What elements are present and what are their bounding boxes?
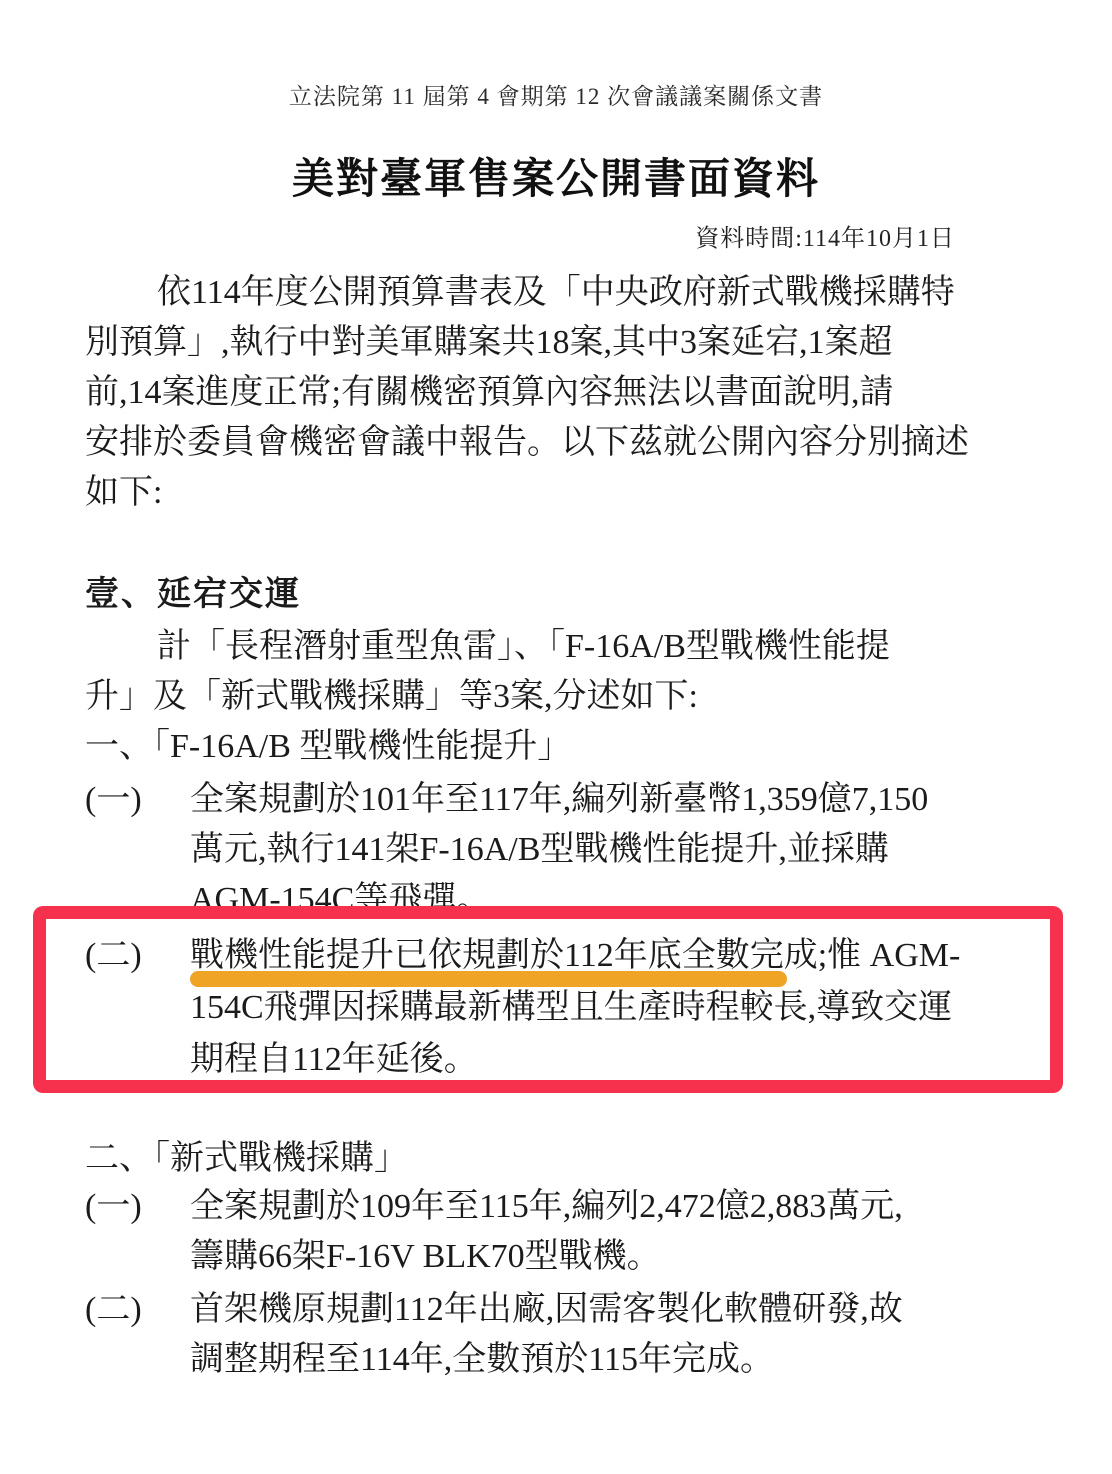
item-line: 全案規劃於101年至117年,編列新臺幣1,359億7,150 <box>190 775 1112 825</box>
document-header: 立法院第 11 屆第 4 會期第 12 次會議議案關係文書 <box>0 78 1112 111</box>
item-label: (一) <box>85 1182 190 1232</box>
item-line: 全案規劃於109年至115年,編列2,472億2,883萬元, <box>190 1182 1112 1232</box>
data-date-line: 資料時間:114年10月1日 <box>695 218 955 253</box>
summary-line: 計「長程潛射重型魚雷」、「F-16A/B型戰機性能提 <box>85 622 1045 672</box>
section-summary-paragraph: 計「長程潛射重型魚雷」、「F-16A/B型戰機性能提 升」及「新式戰機採購」等3… <box>85 622 1045 722</box>
section-heading-delayed-delivery: 壹、延宕交運 <box>85 570 1045 620</box>
item-label: (二) <box>85 1285 190 1335</box>
case1-heading-f16ab-upgrade: 一、「F-16A/B 型戰機性能提升」 <box>85 722 1045 772</box>
case2-item1: (一) 全案規劃於109年至115年,編列2,472億2,883萬元, 籌購66… <box>85 1182 1112 1282</box>
intro-paragraph: 依114年度公開預算書表及「中央政府新式戰機採購特 別預算」,執行中對美軍購案共… <box>85 268 1045 518</box>
item-line: 首架機原規劃112年出廠,因需客製化軟體研發,故 <box>190 1285 1112 1335</box>
page-title: 美對臺軍售案公開書面資料 <box>0 146 1112 206</box>
intro-line: 如下: <box>85 468 1045 518</box>
red-annotation-box <box>33 906 1063 1093</box>
item-line: 籌購66架F-16V BLK70型戰機。 <box>190 1232 1112 1282</box>
case2-heading-new-fighter-procurement: 二、「新式戰機採購」 <box>85 1134 1045 1184</box>
intro-line: 依114年度公開預算書表及「中央政府新式戰機採購特 <box>85 268 1045 318</box>
case1-item1: (一) 全案規劃於101年至117年,編列新臺幣1,359億7,150 萬元,執… <box>85 775 1112 925</box>
item-line: 萬元,執行141架F-16A/B型戰機性能提升,並採購 <box>190 825 1112 875</box>
intro-line: 前,14案進度正常;有關機密預算內容無法以書面說明,請 <box>85 368 1045 418</box>
document-page: 立法院第 11 屆第 4 會期第 12 次會議議案關係文書 美對臺軍售案公開書面… <box>0 0 1112 1474</box>
case2-item2: (二) 首架機原規劃112年出廠,因需客製化軟體研發,故 調整期程至114年,全… <box>85 1285 1112 1385</box>
summary-line: 升」及「新式戰機採購」等3案,分述如下: <box>85 672 1045 722</box>
intro-line: 別預算」,執行中對美軍購案共18案,其中3案延宕,1案超 <box>85 318 1045 368</box>
item-line: 調整期程至114年,全數預於115年完成。 <box>190 1335 1112 1385</box>
item-label: (一) <box>85 775 190 825</box>
intro-line: 安排於委員會機密會議中報告。以下茲就公開內容分別摘述 <box>85 418 1045 468</box>
